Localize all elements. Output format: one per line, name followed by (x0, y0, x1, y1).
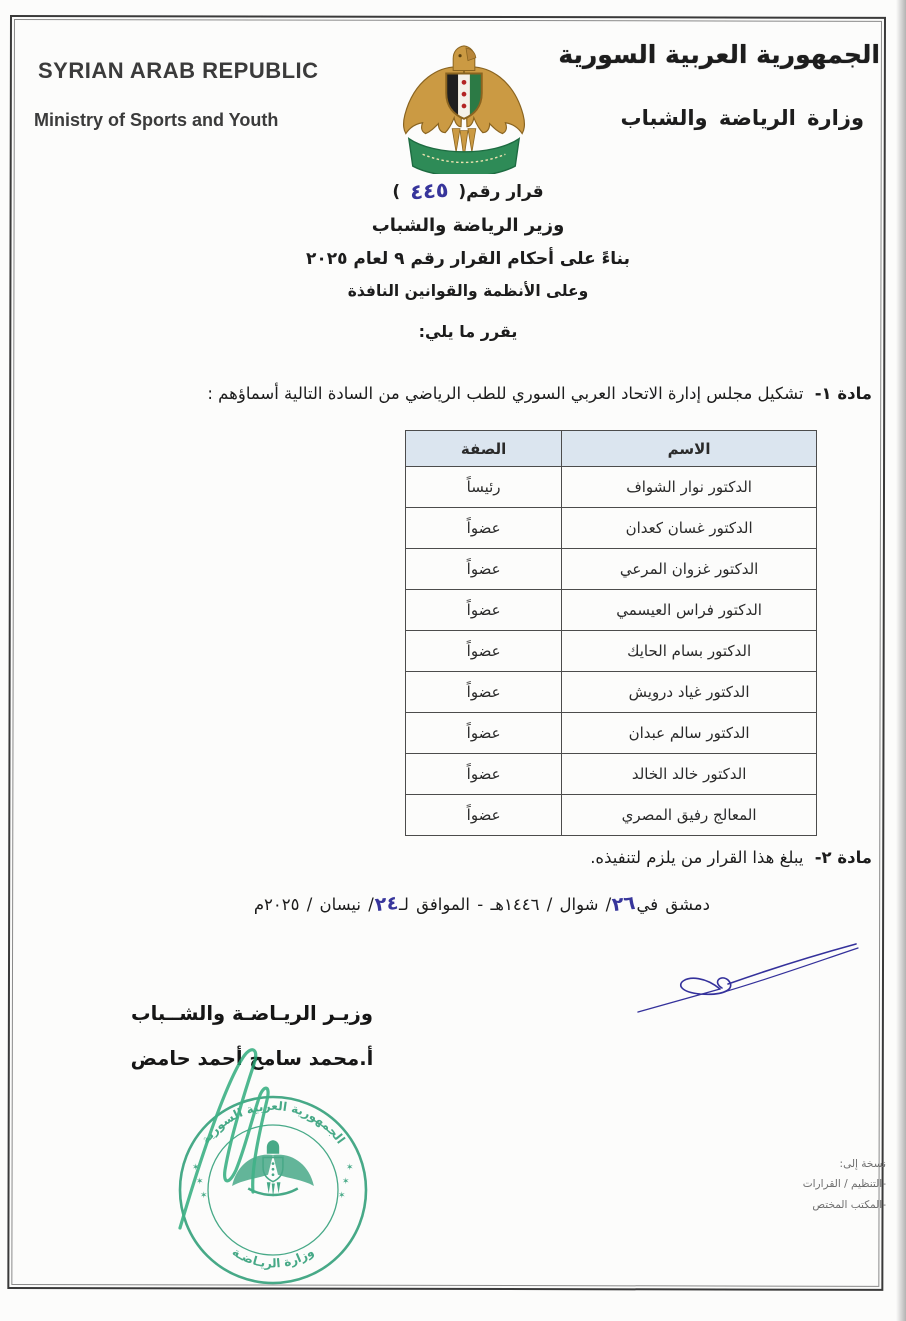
role-column-header: الصفة (406, 431, 562, 467)
scan-edge-shadow (896, 0, 906, 1321)
member-name-cell: الدكتور غياد درويش (562, 672, 817, 713)
signature-minister-title: وزيـر الريـاضـة والشــباب (118, 1002, 386, 1025)
svg-text:✶: ✶ (196, 1177, 204, 1187)
svg-text:✶: ✶ (346, 1163, 354, 1173)
decree-heading-block: قرار رقم( ٤٤٥ ) وزير الرياضة والشباب بنا… (218, 178, 718, 341)
member-role-cell: عضواً (406, 508, 562, 549)
decree-number-suffix: ) (392, 182, 400, 202)
decree-number-handwritten: ٤٤٥ (405, 177, 453, 204)
table-row: الدكتور غسان كعدان عضواً (406, 508, 817, 549)
copies-item: -التنظيم / القرارات (803, 1174, 886, 1194)
board-members-table: الاسم الصفة الدكتور نوار الشواف رئيساً ا… (405, 430, 817, 836)
copies-distribution-block: نسخة إلى: -التنظيم / القرارات -المكتب ال… (803, 1154, 886, 1215)
member-name-cell: الدكتور سالم عبدان (562, 713, 817, 754)
article-2-text: يبلغ هذا القرار من يلزم لتنفيذه. (590, 848, 803, 867)
hijri-day-handwritten: ٢٦ (610, 892, 637, 917)
syrian-eagle-emblem-icon (394, 36, 534, 174)
table-row: الدكتور نوار الشواف رئيساً (406, 467, 817, 508)
minister-pen-signature-icon (632, 938, 862, 1018)
article-1-text: تشكيل مجلس إدارة الاتحاد العربي السوري ل… (207, 384, 803, 403)
member-role-cell: عضواً (406, 672, 562, 713)
member-role-cell: عضواً (406, 549, 562, 590)
svg-text:✶: ✶ (200, 1191, 208, 1201)
decree-number-line: قرار رقم( ٤٤٥ ) (218, 178, 718, 202)
date-gregorian-part: / نيسان / ٢٠٢٥م (254, 895, 374, 914)
svg-text:✶: ✶ (342, 1177, 350, 1187)
member-role-cell: عضواً (406, 795, 562, 836)
table-row: الدكتور فراس العيسمي عضواً (406, 590, 817, 631)
member-role-cell: عضواً (406, 631, 562, 672)
table-row: الدكتور سالم عبدان عضواً (406, 713, 817, 754)
table-row: المعالج رفيق المصري عضواً (406, 795, 817, 836)
gregorian-day-handwritten: ٢٤ (373, 892, 400, 917)
member-name-cell: الدكتور غزوان المرعي (562, 549, 817, 590)
member-name-cell: الدكتور غسان كعدان (562, 508, 817, 549)
arabic-country-title: الجمهورية العربية السورية (558, 40, 880, 69)
article-2: مادة ٢- يبلغ هذا القرار من يلزم لتنفيذه. (142, 848, 872, 867)
member-role-cell: عضواً (406, 713, 562, 754)
table-row: الدكتور غزوان المرعي عضواً (406, 549, 817, 590)
table-row: الدكتور بسام الحايك عضواً (406, 631, 817, 672)
english-ministry-title: Ministry of Sports and Youth (34, 110, 278, 131)
legal-basis-line: بناءً على أحكام القرار رقم ٩ لعام ٢٠٢٥ (218, 249, 718, 269)
date-city-part: دمشق في (636, 895, 710, 914)
issue-date-line: دمشق في٢٦/ شوال / ١٤٤٦هـ - الموافق لـ٢٤/… (254, 893, 710, 915)
decides-line: يقرر ما يلي: (218, 322, 718, 341)
copies-item: -المكتب المختص (803, 1195, 886, 1215)
svg-text:وزارة الريـاضـة: وزارة الريـاضـة (230, 1245, 317, 1271)
laws-line: وعلى الأنظمة والقوانين النافذة (218, 282, 718, 300)
copies-title: نسخة إلى: (803, 1154, 886, 1174)
decree-number-prefix: قرار رقم( (458, 182, 543, 202)
svg-text:✶: ✶ (338, 1191, 346, 1201)
stamp-signature-scrawl (180, 1050, 268, 1228)
member-role-cell: رئيساً (406, 467, 562, 508)
scanned-decree-document: SYRIAN ARAB REPUBLIC Ministry of Sports … (0, 0, 906, 1321)
member-name-cell: الدكتور خالد الخالد (562, 754, 817, 795)
arabic-ministry-title: وزارة الرياضة والشباب (621, 106, 864, 130)
english-country-title: SYRIAN ARAB REPUBLIC (38, 58, 319, 84)
stamp-bottom-text: وزارة الريـاضـة (230, 1245, 317, 1271)
member-role-cell: عضواً (406, 590, 562, 631)
member-role-cell: عضواً (406, 754, 562, 795)
member-name-cell: الدكتور نوار الشواف (562, 467, 817, 508)
table-header-row: الاسم الصفة (406, 431, 817, 467)
member-name-cell: المعالج رفيق المصري (562, 795, 817, 836)
member-name-cell: الدكتور بسام الحايك (562, 631, 817, 672)
issuing-minister-line: وزير الرياضة والشباب (218, 215, 718, 236)
table-row: الدكتور غياد درويش عضواً (406, 672, 817, 713)
ministry-round-stamp-icon: الجمهورية العربية السورية وزارة الريـاضـ… (166, 1038, 380, 1290)
article-1: مادة ١- تشكيل مجلس إدارة الاتحاد العربي … (142, 384, 872, 403)
name-column-header: الاسم (562, 431, 817, 467)
article-1-label: مادة ١- (815, 384, 872, 403)
date-hijri-part: / شوال / ١٤٤٦هـ - الموافق لـ (399, 895, 611, 914)
table-row: الدكتور خالد الخالد عضواً (406, 754, 817, 795)
member-name-cell: الدكتور فراس العيسمي (562, 590, 817, 631)
article-2-label: مادة ٢- (815, 848, 872, 867)
